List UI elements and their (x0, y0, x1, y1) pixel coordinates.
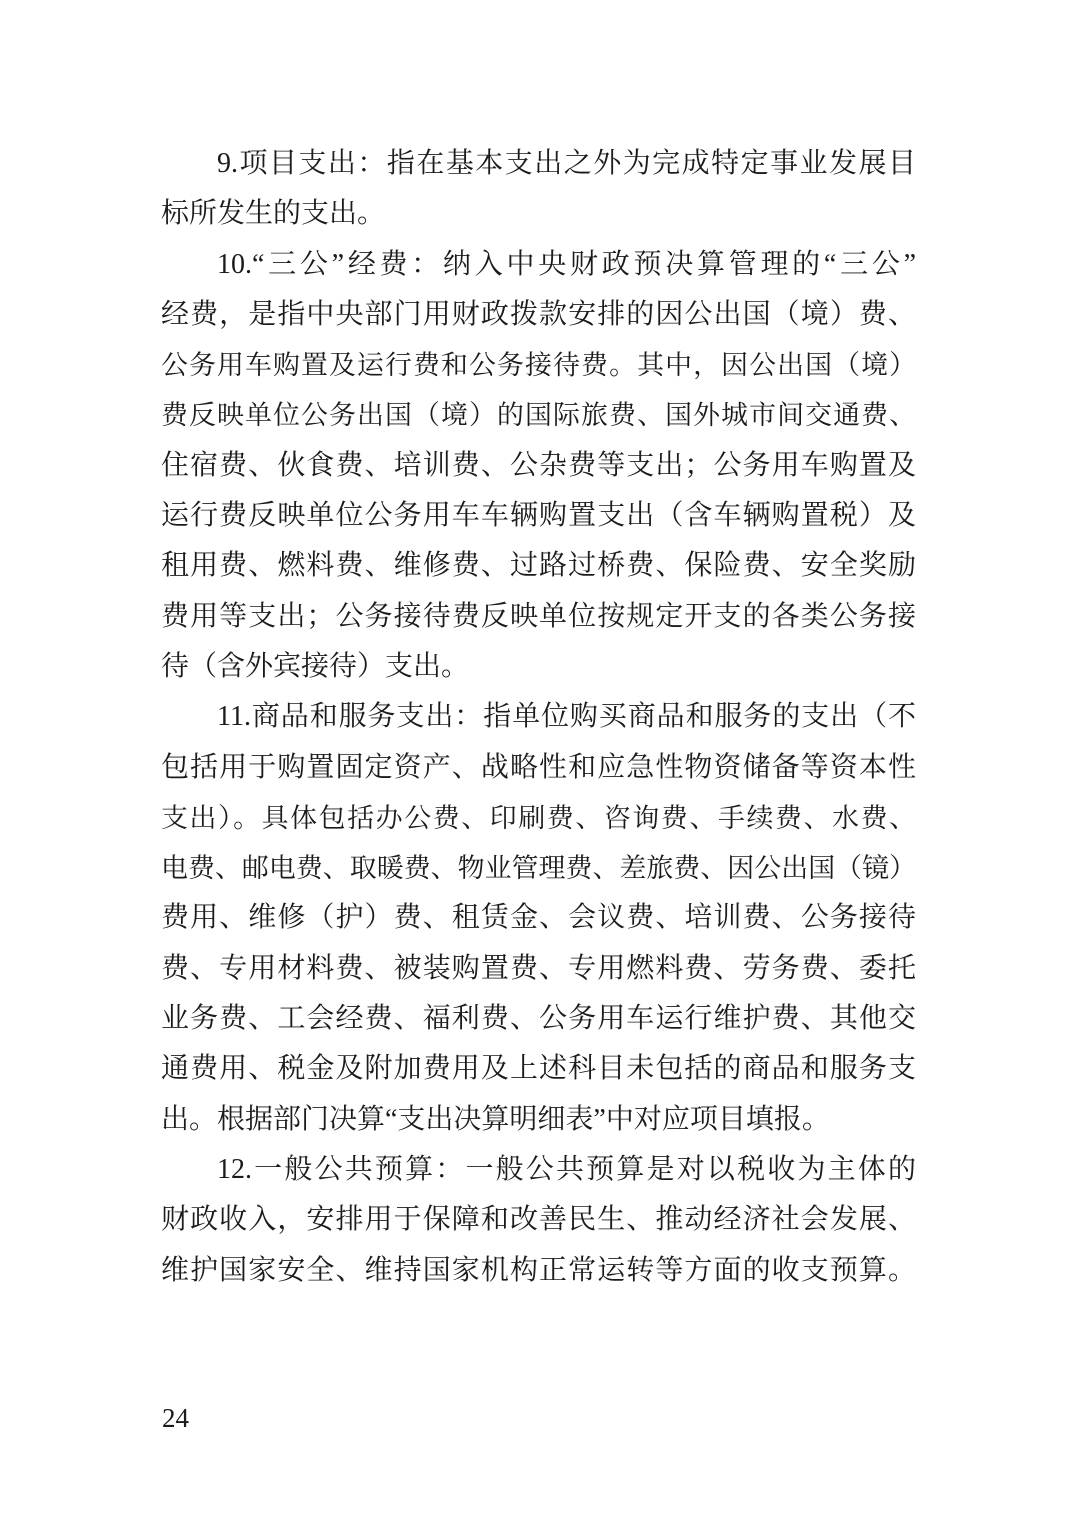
text-line: 10.“三公”经费：纳入中央财政预决算管理的“三公” (161, 240, 916, 290)
text-line: 业务费、工会经费、福利费、公务用车运行维护费、其他交 (161, 994, 916, 1044)
text-line: 标所发生的支出。 (161, 189, 916, 239)
text-line: 维护国家安全、维持国家机构正常运转等方面的收支预算。 (161, 1246, 916, 1296)
text-line: 通费用、税金及附加费用及上述科目未包括的商品和服务支 (161, 1044, 916, 1094)
text-line: 租用费、燃料费、维修费、过路过桥费、保险费、安全奖励 (161, 541, 916, 591)
text-line: 待（含外宾接待）支出。 (161, 642, 916, 692)
text-line: 费用等支出；公务接待费反映单位按规定开支的各类公务接 (161, 592, 916, 642)
text-line: 经费，是指中央部门用财政拨款安排的因公出国（境）费、 (161, 290, 916, 340)
text-line: 运行费反映单位公务用车车辆购置支出（含车辆购置税）及 (161, 491, 916, 541)
text-line: 包括用于购置固定资产、战略性和应急性物资储备等资本性 (161, 743, 916, 793)
text-line: 住宿费、伙食费、培训费、公杂费等支出；公务用车购置及 (161, 441, 916, 491)
text-line: 12.一般公共预算：一般公共预算是对以税收为主体的 (161, 1145, 916, 1195)
text-line: 公务用车购置及运行费和公务接待费。其中，因公出国（境） (161, 340, 916, 390)
text-line: 费用、维修（护）费、租赁金、会议费、培训费、公务接待 (161, 893, 916, 943)
text-line: 支出）。具体包括办公费、印刷费、咨询费、手续费、水费、 (161, 793, 916, 843)
text-line: 费、专用材料费、被装购置费、专用燃料费、劳务费、委托 (161, 944, 916, 994)
text-line: 费反映单位公务出国（境）的国际旅费、国外城市间交通费、 (161, 390, 916, 440)
text-line: 9.项目支出：指在基本支出之外为完成特定事业发展目 (161, 139, 916, 189)
text-line: 出。根据部门决算“支出决算明细表”中对应项目填报。 (161, 1095, 916, 1145)
text-line: 11.商品和服务支出：指单位购买商品和服务的支出（不 (161, 692, 916, 742)
text-line: 财政收入，安排用于保障和改善民生、推动经济社会发展、 (161, 1195, 916, 1245)
document-page: 9.项目支出：指在基本支出之外为完成特定事业发展目标所发生的支出。10.“三公”… (0, 0, 1074, 1520)
text-line: 电费、邮电费、取暖费、物业管理费、差旅费、因公出国（镜） (161, 843, 916, 893)
text-block: 9.项目支出：指在基本支出之外为完成特定事业发展目标所发生的支出。10.“三公”… (161, 139, 916, 1296)
page-number: 24 (162, 1398, 189, 1438)
